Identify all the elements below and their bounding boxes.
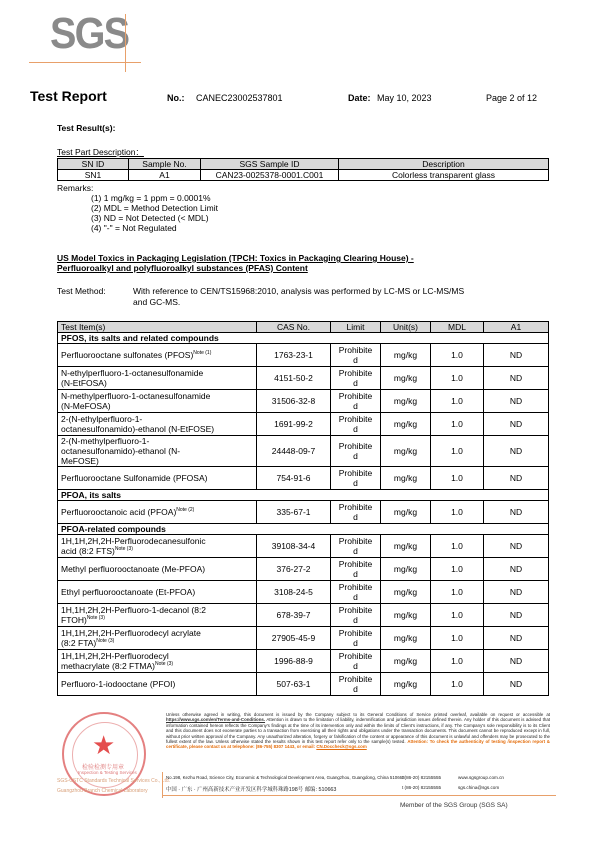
unit: mg/kg [381, 413, 431, 436]
cas-number: 4151-50-2 [257, 367, 331, 390]
limit-line2: d [353, 355, 358, 365]
note-reference: Note (3) [155, 661, 173, 667]
test-method-line2: and GC-MS. [133, 297, 464, 308]
result-a1: ND [484, 604, 549, 627]
test-part-description-heading: Test Part Description： [57, 146, 144, 158]
cas-number: 24448-09-7 [257, 436, 331, 467]
test-part-description-table: SN IDSample No.SGS Sample IDDescription … [57, 158, 549, 181]
test-item: Perfluorooctanoic acid (PFOA)Note (2) [58, 501, 257, 524]
limit: Prohibited [331, 535, 381, 558]
mdl: 1.0 [431, 558, 484, 581]
note-reference: Note (3) [87, 615, 105, 621]
unit: mg/kg [381, 558, 431, 581]
test-item: Methyl perfluorooctanoate (Me-PFOA) [58, 558, 257, 581]
table-row: Perfluoro-1-iodooctane (PFOI)507-63-1Pro… [58, 673, 549, 696]
limit-line2: d [353, 569, 358, 579]
test-item-line: (N-MeFOSA) [61, 401, 111, 411]
limit-line1: Prohibite [339, 674, 373, 684]
result-a1: ND [484, 367, 549, 390]
result-a1: ND [484, 627, 549, 650]
result-a1: ND [484, 535, 549, 558]
column-header: MDL [431, 322, 484, 333]
mdl: 1.0 [431, 390, 484, 413]
group-name: PFOS, its salts and related compounds [58, 333, 549, 344]
limit-line2: d [353, 684, 358, 694]
test-item-line: Perfluoro-1-iodooctane (PFOI) [61, 679, 175, 689]
remarks: Remarks: (1) 1 mg/kg = 1 ppm = 0.0001%(2… [57, 183, 218, 233]
limit-line2: d [353, 451, 358, 461]
footer-divider-horizontal [162, 795, 556, 796]
column-header: Unit(s) [381, 322, 431, 333]
test-item-line: (8:2 FTA) [61, 638, 96, 648]
limit: Prohibited [331, 604, 381, 627]
cas-number: 335-67-1 [257, 501, 331, 524]
result-a1: ND [484, 673, 549, 696]
test-item-line: acid (8:2 FTS) [61, 546, 115, 556]
test-item-line: 1H,1H,2H,2H-Perfluorodecyl acrylate [61, 628, 201, 638]
limit-line1: Prohibite [339, 536, 373, 546]
note-reference: Note (3) [115, 546, 133, 552]
result-a1: ND [484, 581, 549, 604]
table-row: Perfluorooctanoic acid (PFOA)Note (2)335… [58, 501, 549, 524]
mdl: 1.0 [431, 413, 484, 436]
test-item: 1H,1H,2H,2H-Perfluorodecanesulfonicacid … [58, 535, 257, 558]
result-a1: ND [484, 558, 549, 581]
table-row: Perfluorooctane sulfonates (PFOS)Note (1… [58, 344, 549, 367]
unit: mg/kg [381, 436, 431, 467]
limit-line2: d [353, 512, 358, 522]
limit: Prohibited [331, 413, 381, 436]
unit: mg/kg [381, 501, 431, 524]
test-item-line: N-methylperfluoro-1-octanesulfonamide [61, 391, 210, 401]
unit: mg/kg [381, 367, 431, 390]
test-item: 1H,1H,2H,2H-Perfluorodecyl acrylate(8:2 … [58, 627, 257, 650]
unit: mg/kg [381, 650, 431, 673]
limit-line1: Prohibite [339, 468, 373, 478]
logo-divider-vertical [125, 14, 126, 72]
pfas-results-table: Test Item(s)CAS No.LimitUnit(s)MDLA1 PFO… [57, 321, 549, 696]
limit-line2: d [353, 378, 358, 388]
page-number: Page 2 of 12 [486, 93, 537, 103]
limit-line1: Prohibite [339, 441, 373, 451]
table-cell: CAN23-0025378-0001.C001 [201, 170, 339, 181]
limit-line1: Prohibite [339, 502, 373, 512]
limit-line1: Prohibite [339, 368, 373, 378]
result-a1: ND [484, 501, 549, 524]
table-row: Ethyl perfluorooctanoate (Et-PFOA)3108-2… [58, 581, 549, 604]
star-icon: ★ [92, 732, 115, 758]
cas-number: 27905-45-9 [257, 627, 331, 650]
cas-number: 31506-32-8 [257, 390, 331, 413]
column-header: Limit [331, 322, 381, 333]
limit: Prohibited [331, 390, 381, 413]
limit-line1: Prohibite [339, 414, 373, 424]
test-item-line: (N-EtFOSA) [61, 378, 107, 388]
disclaimer-part1: Unless otherwise agreed in writing, this… [166, 712, 550, 717]
result-a1: ND [484, 467, 549, 490]
limit: Prohibited [331, 558, 381, 581]
limit: Prohibited [331, 467, 381, 490]
limit-line1: Prohibite [339, 651, 373, 661]
limit-line1: Prohibite [339, 605, 373, 615]
terms-link[interactable]: https://www.sgs.com/en/Terms-and-Conditi… [166, 717, 265, 722]
table-row: 1H,1H,2H,2H-Perfluoro-1-decanol (8:2FTOH… [58, 604, 549, 627]
result-a1: ND [484, 390, 549, 413]
mdl: 1.0 [431, 344, 484, 367]
column-header: A1 [484, 322, 549, 333]
test-item-line: Perfluorooctane sulfonates (PFOS) [61, 350, 193, 360]
column-header: Test Item(s) [58, 322, 257, 333]
unit: mg/kg [381, 581, 431, 604]
telephone-2: t (86-20) 82155555 [402, 785, 441, 790]
test-method-text: With reference to CEN/TS15968:2010, anal… [133, 286, 464, 308]
column-header: Description [339, 159, 549, 170]
column-header: CAS No. [257, 322, 331, 333]
table-row: 2-(N-methylperfluoro-1-octanesulfonamido… [58, 436, 549, 467]
unit: mg/kg [381, 535, 431, 558]
test-item-line: Methyl perfluorooctanoate (Me-PFOA) [61, 564, 205, 574]
unit: mg/kg [381, 604, 431, 627]
test-item: 2-(N-methylperfluoro-1-octanesulfonamido… [58, 436, 257, 467]
cas-number: 754-91-6 [257, 467, 331, 490]
test-item: Perfluorooctane Sulfonamide (PFOSA) [58, 467, 257, 490]
cas-number: 507-63-1 [257, 673, 331, 696]
limit-line2: d [353, 661, 358, 671]
group-header-row: PFOA, its salts [58, 490, 549, 501]
limit: Prohibited [331, 673, 381, 696]
limit-line2: d [353, 615, 358, 625]
limit-line1: Prohibite [339, 391, 373, 401]
mdl: 1.0 [431, 627, 484, 650]
remark-item: (4) "-" = Not Regulated [57, 223, 218, 233]
test-item-line: 1H,1H,2H,2H-Perfluorodecanesulfonic [61, 536, 206, 546]
result-a1: ND [484, 413, 549, 436]
cas-number: 376-27-2 [257, 558, 331, 581]
lab-name-line2: Guangzhou Branch Chemical Laboratory [57, 788, 148, 794]
limit: Prohibited [331, 367, 381, 390]
sgs-member-statement: Member of the SGS Group (SGS SA) [400, 802, 508, 809]
table-header-row: SN IDSample No.SGS Sample IDDescription [58, 159, 549, 170]
table-row: 2-(N-ethylperfluoro-1-octanesulfonamido)… [58, 413, 549, 436]
test-item-line: octanesulfonamido)-ethanol (N-EtFOSE) [61, 424, 214, 434]
test-item: Perfluoro-1-iodooctane (PFOI) [58, 673, 257, 696]
mdl: 1.0 [431, 367, 484, 390]
mdl: 1.0 [431, 467, 484, 490]
test-item-line: octanesulfonamido)-ethanol (N- [61, 446, 180, 456]
cas-number: 39108-34-4 [257, 535, 331, 558]
remark-item: (2) MDL = Method Detection Limit [57, 203, 218, 213]
table-cell: SN1 [58, 170, 129, 181]
mdl: 1.0 [431, 581, 484, 604]
lab-name-line1: SGS-CSTC Standards Technical Services Co… [57, 778, 170, 784]
note-reference: Note (1) [193, 350, 211, 356]
table-row: N-ethylperfluoro-1-octanesulfonamide(N-E… [58, 367, 549, 390]
note-reference: Note (3) [96, 638, 114, 644]
test-item-line: 2-(N-ethylperfluoro-1- [61, 414, 142, 424]
unit: mg/kg [381, 627, 431, 650]
limit-line1: Prohibite [339, 628, 373, 638]
table-row: 1H,1H,2H,2H-Perfluorodecyl acrylate(8:2 … [58, 627, 549, 650]
test-results-heading: Test Result(s): [57, 123, 115, 133]
test-item-line: 2-(N-methylperfluoro-1- [61, 436, 149, 446]
cas-number: 3108-24-5 [257, 581, 331, 604]
unit: mg/kg [381, 673, 431, 696]
limit-line2: d [353, 478, 358, 488]
test-item-line: 1H,1H,2H,2H-Perfluoro-1-decanol (8:2 [61, 605, 206, 615]
legislation-title-line2: Perfluoroalkyl and polyfluoroalkyl subst… [57, 263, 414, 273]
legislation-title: US Model Toxics in Packaging Legislation… [57, 253, 414, 273]
test-item-line: N-ethylperfluoro-1-octanesulfonamide [61, 368, 203, 378]
limit-line1: Prohibite [339, 582, 373, 592]
table-row: 1H,1H,2H,2H-Perfluorodecanesulfonicacid … [58, 535, 549, 558]
seal-text-en: Inspection & Testing Services [78, 770, 137, 775]
test-item-line: Perfluorooctanoic acid (PFOA) [61, 507, 176, 517]
column-header: SN ID [58, 159, 129, 170]
group-header-row: PFOS, its salts and related compounds [58, 333, 549, 344]
table-row: 1H,1H,2H,2H-Perfluorodecylmethacrylate (… [58, 650, 549, 673]
limit: Prohibited [331, 581, 381, 604]
column-header: SGS Sample ID [201, 159, 339, 170]
limit-line2: d [353, 638, 358, 648]
result-a1: ND [484, 344, 549, 367]
email-link[interactable]: sgs.china@sgs.com [458, 785, 499, 790]
table-header-row: Test Item(s)CAS No.LimitUnit(s)MDLA1 [58, 322, 549, 333]
limit: Prohibited [331, 650, 381, 673]
test-item-line: MeFOSE) [61, 456, 99, 466]
remarks-heading: Remarks: [57, 183, 218, 193]
test-item-line: Perfluorooctane Sulfonamide (PFOSA) [61, 473, 207, 483]
result-a1: ND [484, 436, 549, 467]
table-row: Methyl perfluorooctanoate (Me-PFOA)376-2… [58, 558, 549, 581]
mdl: 1.0 [431, 650, 484, 673]
test-item: N-ethylperfluoro-1-octanesulfonamide(N-E… [58, 367, 257, 390]
group-name: PFOA, its salts [58, 490, 549, 501]
sgs-logo: SGS [50, 12, 128, 56]
limit: Prohibited [331, 627, 381, 650]
limit-line2: d [353, 592, 358, 602]
limit-line2: d [353, 546, 358, 556]
mdl: 1.0 [431, 501, 484, 524]
result-a1: ND [484, 650, 549, 673]
cas-number: 1763-23-1 [257, 344, 331, 367]
test-item: 1H,1H,2H,2H-Perfluorodecylmethacrylate (… [58, 650, 257, 673]
address-chinese: 中国 · 广东 · 广州高新技术产业开发区科学城科珠路198号 邮编: 5106… [166, 785, 336, 793]
remark-item: (1) 1 mg/kg = 1 ppm = 0.0001% [57, 193, 218, 203]
group-header-row: PFOA-related compounds [58, 524, 549, 535]
test-item: 2-(N-ethylperfluoro-1-octanesulfonamido)… [58, 413, 257, 436]
mdl: 1.0 [431, 604, 484, 627]
table-row: N-methylperfluoro-1-octanesulfonamide(N-… [58, 390, 549, 413]
cas-number: 1691-99-2 [257, 413, 331, 436]
report-no-label: No.: [167, 93, 185, 103]
unit: mg/kg [381, 344, 431, 367]
remark-item: (3) ND = Not Detected (< MDL) [57, 213, 218, 223]
test-item-line: 1H,1H,2H,2H-Perfluorodecyl [61, 651, 169, 661]
test-item: Ethyl perfluorooctanoate (Et-PFOA) [58, 581, 257, 604]
date-value: May 10, 2023 [377, 93, 432, 103]
address-english: No.198, Kezhu Road, Science City, Econom… [166, 775, 405, 780]
disclaimer-text: Unless otherwise agreed in writing, this… [166, 712, 550, 750]
report-no-value: CANEC23002537801 [196, 93, 283, 103]
table-cell: Colorless transparent glass [339, 170, 549, 181]
note-reference: Note (2) [176, 507, 194, 513]
cas-number: 678-39-7 [257, 604, 331, 627]
limit: Prohibited [331, 344, 381, 367]
limit: Prohibited [331, 436, 381, 467]
date-label: Date: [348, 93, 371, 103]
mdl: 1.0 [431, 436, 484, 467]
table-cell: A1 [129, 170, 201, 181]
test-item-line: Ethyl perfluorooctanoate (Et-PFOA) [61, 587, 195, 597]
limit-line1: Prohibite [339, 345, 373, 355]
test-item: 1H,1H,2H,2H-Perfluoro-1-decanol (8:2FTOH… [58, 604, 257, 627]
limit-line2: d [353, 424, 358, 434]
table-row: SN1A1CAN23-0025378-0001.C001Colorless tr… [58, 170, 549, 181]
telephone-1: t (86-20) 82155555 [402, 775, 441, 780]
test-method-label: Test Method: [57, 286, 106, 296]
group-name: PFOA-related compounds [58, 524, 549, 535]
column-header: Sample No. [129, 159, 201, 170]
test-item: N-methylperfluoro-1-octanesulfonamide(N-… [58, 390, 257, 413]
cas-number: 1996-88-9 [257, 650, 331, 673]
mdl: 1.0 [431, 673, 484, 696]
website-link[interactable]: www.sgsgroup.com.cn [458, 775, 504, 780]
test-method-line1: With reference to CEN/TS15968:2010, anal… [133, 286, 464, 297]
test-item: Perfluorooctane sulfonates (PFOS)Note (1… [58, 344, 257, 367]
limit-line1: Prohibite [339, 559, 373, 569]
test-item-line: FTOH) [61, 615, 87, 625]
test-item-line: methacrylate (8:2 FTMA) [61, 661, 155, 671]
limit: Prohibited [331, 501, 381, 524]
legislation-title-line1: US Model Toxics in Packaging Legislation… [57, 253, 414, 263]
table-row: Perfluorooctane Sulfonamide (PFOSA)754-9… [58, 467, 549, 490]
unit: mg/kg [381, 467, 431, 490]
unit: mg/kg [381, 390, 431, 413]
mdl: 1.0 [431, 535, 484, 558]
limit-line2: d [353, 401, 358, 411]
report-title: Test Report [30, 88, 107, 104]
doccheck-email-link[interactable]: CN.Doccheck@sgs.com [316, 744, 366, 749]
